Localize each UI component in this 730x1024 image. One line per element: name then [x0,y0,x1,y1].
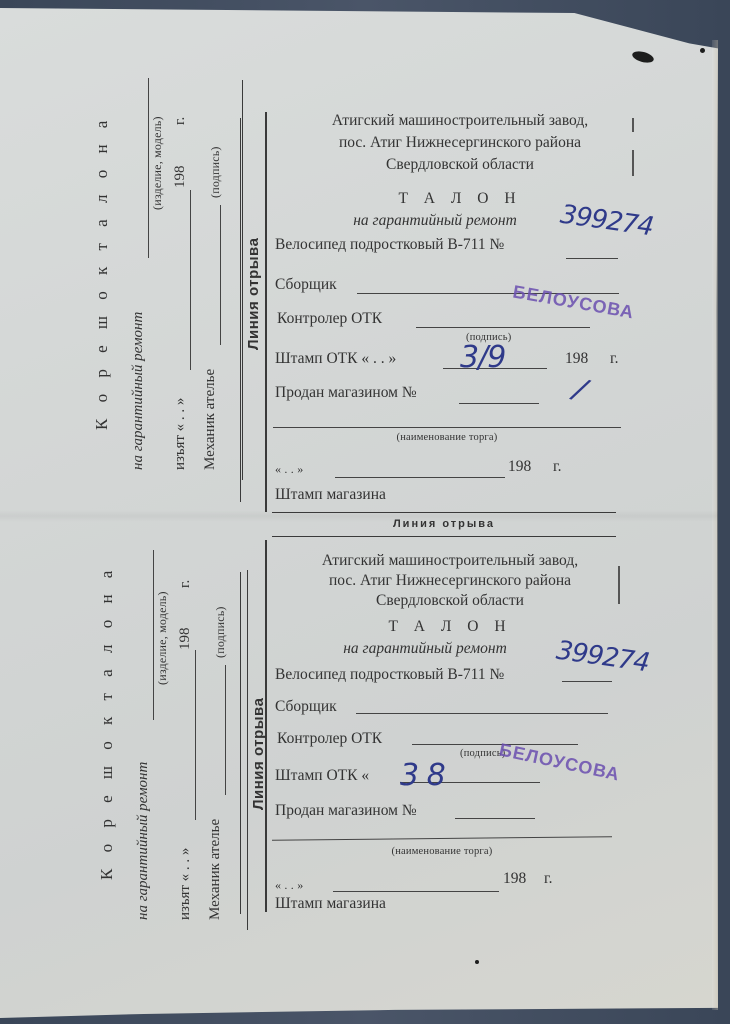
trade-name-caption: (наименование торга) [273,432,621,443]
bicycle-label: Велосипед подростковый В-711 № [275,236,504,254]
issuer-line-2: пос. Атиг Нижнесергинского района [280,134,640,152]
stub-year-suffix: г. [172,117,189,125]
coupon-border-line [265,112,267,512]
stub-top: К о р е ш о к т а л о н а на гарантийный… [92,90,262,470]
qc-controller-blank [412,744,578,745]
issuer-line-2: пос. Атиг Нижнесергинского района [270,572,630,590]
coupon-subtitle: на гарантийный ремонт [290,640,560,658]
withdrawn-label: изъят « . . » [172,398,189,470]
qc-stamp-label: Штамп ОТК « . . » [275,350,396,368]
margin-mark [618,566,620,604]
qc-stamp-date-handwritten: 3/9 [460,340,505,375]
stub-year: 198 [177,628,194,651]
stub-subtitle: на гарантийный ремонт [135,762,152,920]
assembler-label: Сборщик [275,698,337,716]
bicycle-label: Велосипед подростковый В-711 № [275,666,504,684]
stub-tear-line-rule [242,80,243,480]
withdrawn-date-blank [195,650,196,820]
qc-controller-label: Контролер ОТК [277,310,382,328]
tear-line-rule-top [272,512,616,513]
sale-year: 198 [508,458,531,476]
sale-date-label: « . . » [275,462,303,477]
paper-blemish [700,48,705,53]
qc-controller-blank [416,327,590,328]
withdrawn-label: изъят « . . » [177,848,194,920]
qc-stamp-date-handwritten: 3 8 [400,758,445,793]
product-blank [153,550,154,720]
store-stamp-label: Штамп магазина [275,486,386,504]
sale-year-suffix: г. [553,458,561,476]
sale-year: 198 [503,870,526,888]
tear-line-rule-bottom [272,536,616,537]
margin-mark [632,118,634,132]
issuer-line-1: Атигский машиностроительный завод, [280,112,640,130]
issuer-line-3: Свердловской области [270,592,630,610]
withdrawn-date-blank [190,190,191,370]
sale-date-label: « . . » [275,878,303,893]
issuer-line-1: Атигский машиностроительный завод, [270,552,630,570]
stub-bottom: К о р е ш о к т а л о н а на гарантийный… [97,560,267,920]
paper-edge [712,40,718,1010]
product-caption: (изделие, модель) [155,591,170,685]
trade-name-blank [273,427,621,428]
mechanic-label: Механик ателье [202,369,219,470]
stub-year: 198 [172,166,189,189]
trade-name-caption: (наименование торга) [272,846,612,857]
sale-year-suffix: г. [544,870,552,888]
mechanic-signature-blank [225,665,226,795]
stub-subtitle: на гарантийный ремонт [130,312,147,470]
sale-date-blank [335,477,505,478]
qc-stamp-label: Штамп ОТК « [275,767,369,785]
margin-mark [632,150,634,176]
issuer-line-3: Свердловской области [280,156,640,174]
stub-title: К о р е ш о к т а л о н а [92,115,112,430]
store-number-blank [459,403,539,404]
sold-by-store-label: Продан магазином № [275,802,417,820]
coupon-title: Т А Л О Н [270,618,630,636]
product-blank [148,78,149,258]
qc-stamp-year: 198 [565,350,588,368]
assembler-blank [356,713,608,714]
mechanic-label: Механик ателье [207,819,224,920]
stub-tear-line-rule [247,570,248,930]
stub-tear-line-label: Линия отрыва [245,238,262,350]
stub-tear-line-label: Линия отрыва [250,698,267,810]
sold-by-store-label: Продан магазином № [275,384,417,402]
store-number-blank [455,818,535,819]
store-stamp-label: Штамп магазина [275,895,386,913]
bicycle-number-blank [566,258,618,259]
signature-caption: (подпись) [213,606,228,658]
paper-blemish [475,960,479,964]
stub-year-suffix: г. [177,580,194,588]
assembler-label: Сборщик [275,276,337,294]
stub-title: К о р е ш о к т а л о н а [97,565,117,880]
middle-tear-line-label: Линия отрыва [272,518,616,530]
mechanic-signature-blank [220,205,221,345]
qc-stamp-year-suffix: г. [610,350,618,368]
sale-date-blank [333,891,499,892]
coupon-subtitle: на гарантийный ремонт [300,212,570,230]
signature-caption: (подпись) [208,146,223,198]
bicycle-number-blank [562,681,612,682]
product-caption: (изделие, модель) [150,116,165,210]
qc-controller-label: Контролер ОТК [277,730,382,748]
